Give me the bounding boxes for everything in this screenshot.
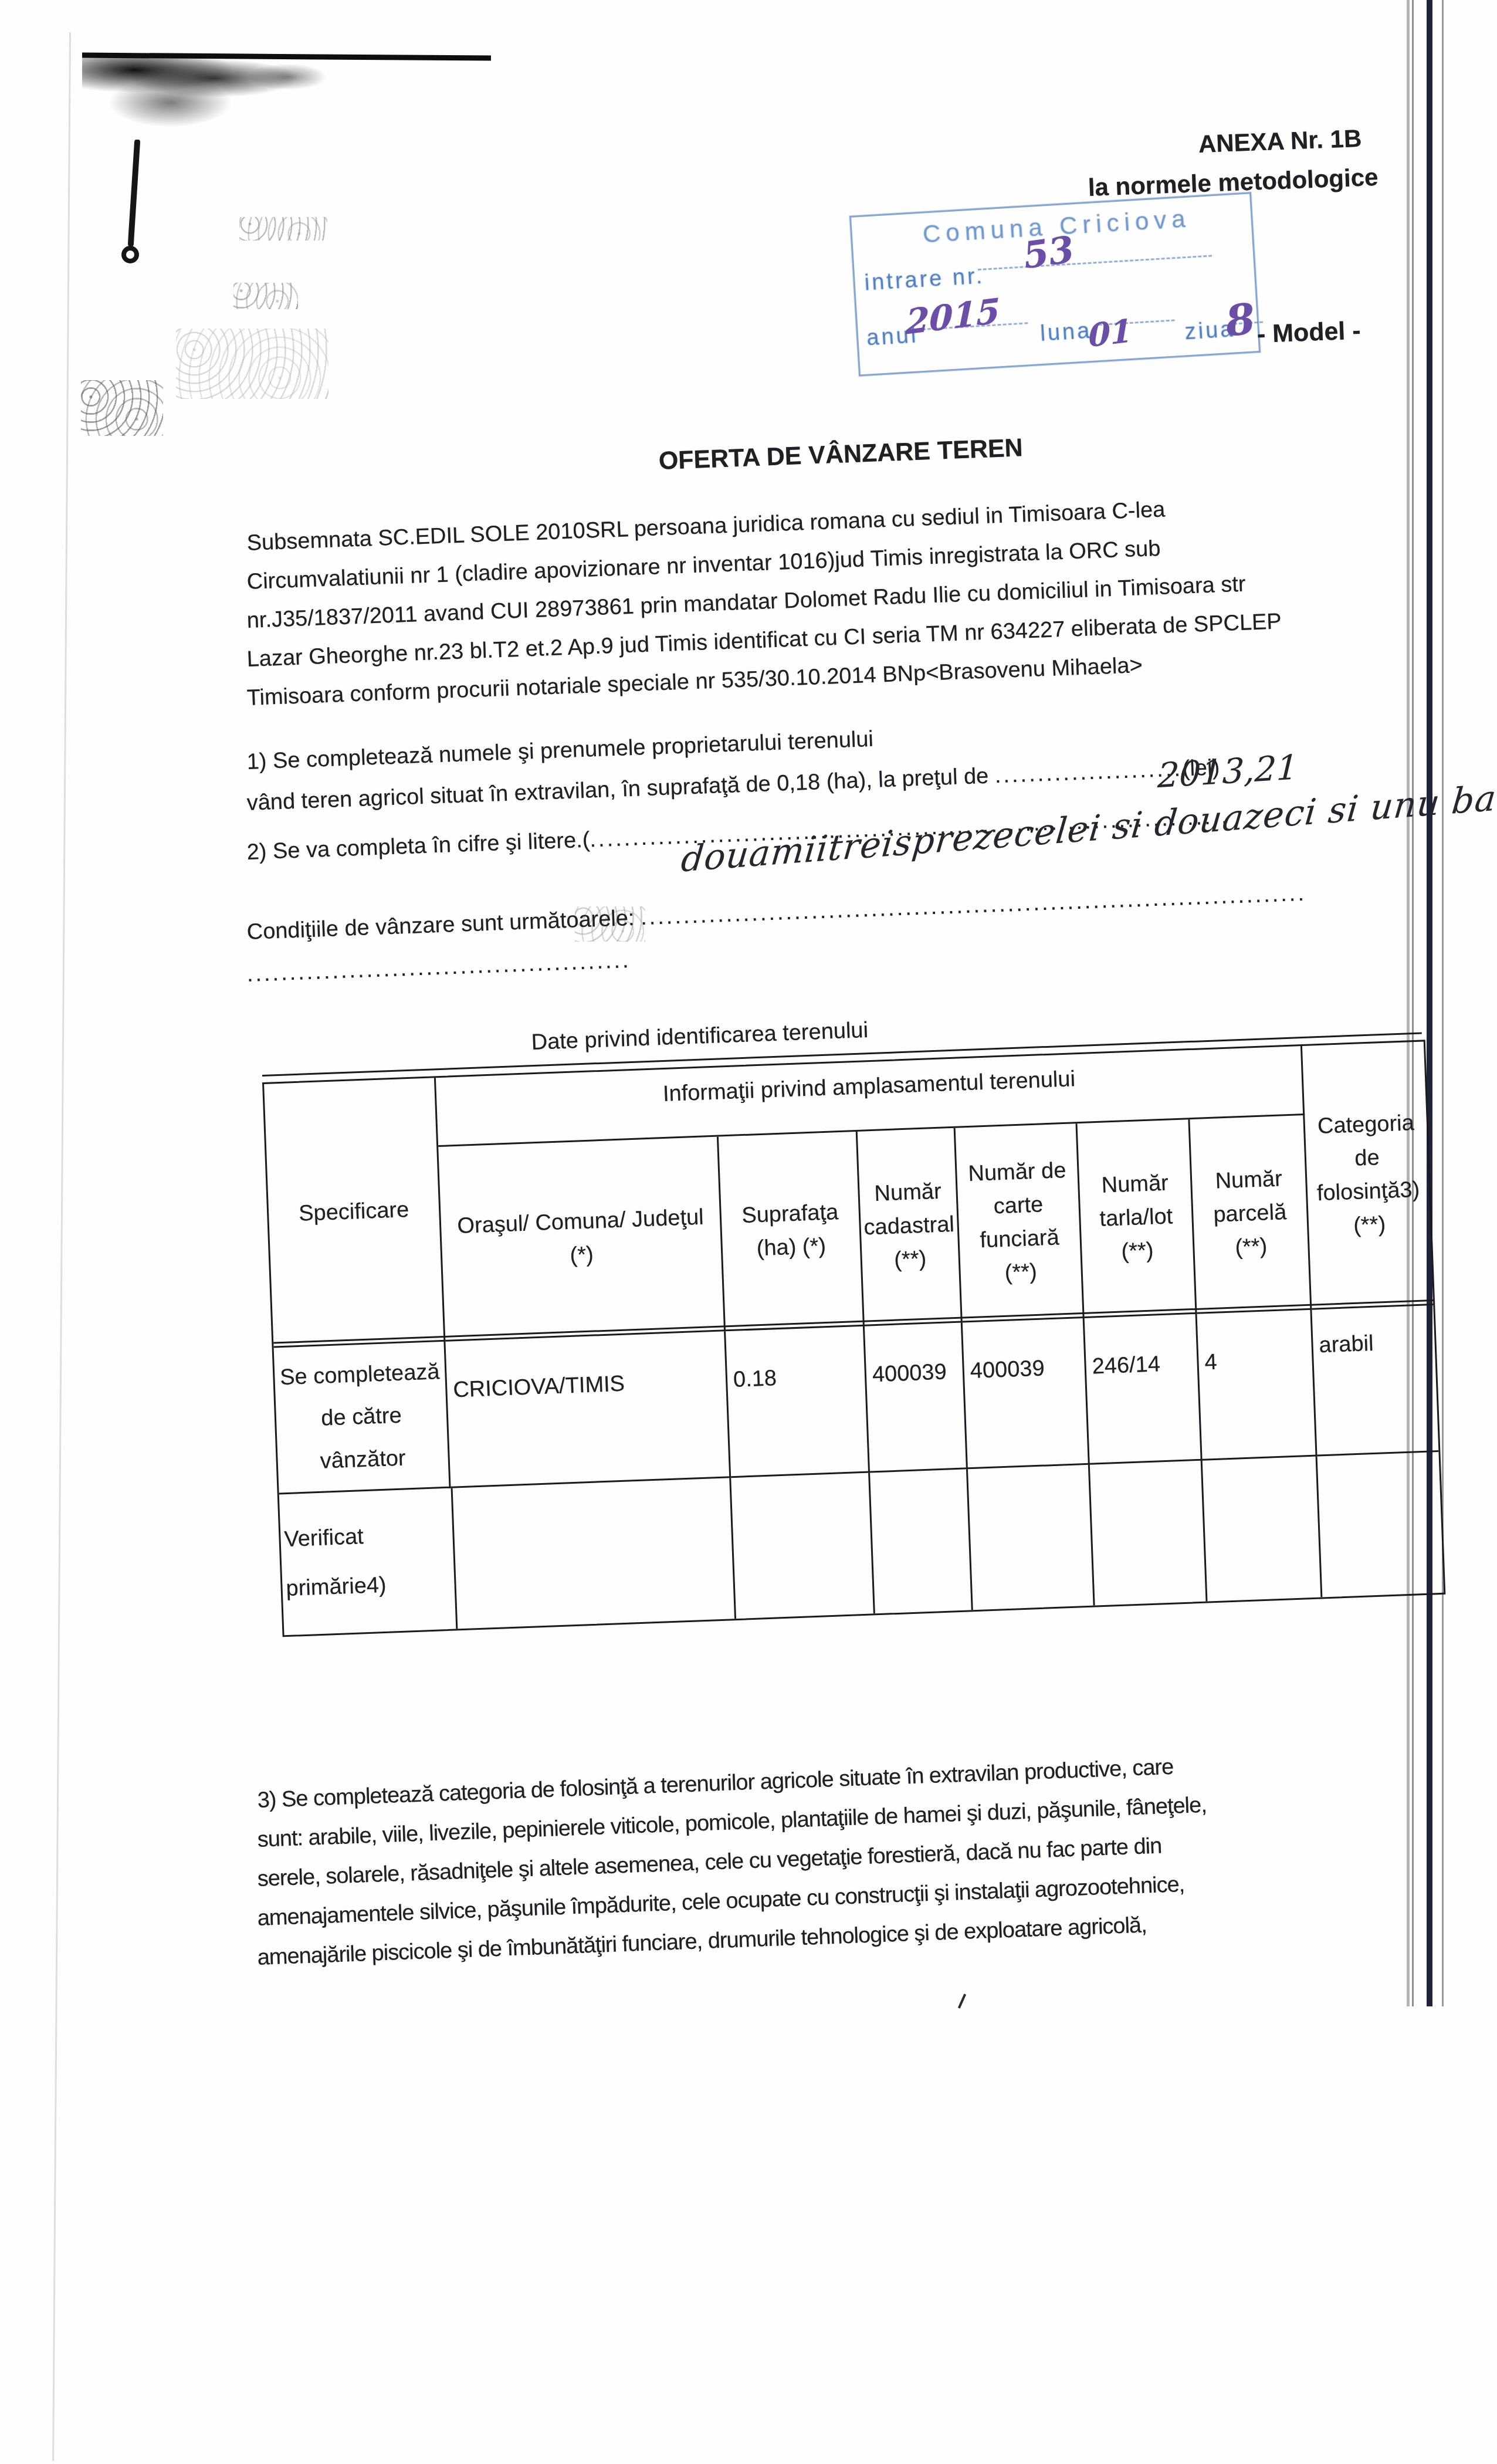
table-caption: Date privind identificarea terenului <box>531 1018 869 1055</box>
page-edge-line <box>1442 0 1444 2006</box>
table-cell-empty <box>451 1478 736 1629</box>
table-cell-empty <box>968 1465 1095 1610</box>
sale-dotted-line: ...................... <box>994 757 1183 788</box>
table-row-label: Verificat primărie4) <box>279 1488 458 1636</box>
table-cell-parcel: 4 <box>1197 1310 1318 1461</box>
table-cell-usage: arabil <box>1312 1305 1438 1456</box>
table-cell-empty <box>1203 1457 1323 1602</box>
table-cell-empty <box>1318 1452 1444 1597</box>
stray-pen-tick <box>958 1993 966 2008</box>
table-cell-locality: CRICIOVA/TIMIS <box>445 1331 731 1488</box>
note2-label: 2) Se va completa în cifre şi litere.( <box>246 828 590 865</box>
table-cell-cadastral: 400039 <box>865 1323 968 1473</box>
sale-line-text: vând teren agricol situat în extravilan,… <box>246 763 995 815</box>
note1-line: 1) Se completează numele şi prenumele pr… <box>246 727 874 775</box>
pen-stroke-mark <box>119 140 148 269</box>
table-header-cell: Număr cadastral (**) <box>858 1128 963 1326</box>
table-cell-empty <box>731 1473 875 1619</box>
stamp-entry-label: intrare nr. <box>864 264 985 296</box>
table-row-label: Se completează de către vânzător <box>274 1342 451 1495</box>
scanned-document-page: ANEXA Nr. 1B la normele metodologice Com… <box>0 0 1497 2464</box>
table-header-cell: Număr tarla/lot (**) <box>1078 1119 1197 1318</box>
page-edge-line <box>1407 0 1410 2006</box>
scan-noise <box>239 217 327 241</box>
document-title: OFERTA DE VÂNZARE TEREN <box>658 434 1024 476</box>
stamp-month-handwritten: 01 <box>1088 312 1133 355</box>
model-label: - Model - <box>1256 317 1361 349</box>
table-cell-tarla: 246/14 <box>1085 1314 1203 1465</box>
stamp-day-handwritten: 8 <box>1223 293 1258 346</box>
table-header-cell: Oraşul/ Comuna/ Judeţul (*) <box>438 1137 726 1342</box>
page-edge-line <box>1427 0 1432 2006</box>
conditions-dotted-line: ........................................… <box>640 881 1306 930</box>
conditions-line: Condiţiile de vânzare sunt următoarele: … <box>246 881 1307 945</box>
scan-noise <box>233 283 298 309</box>
price-handwritten: 2013,21 <box>1157 747 1299 796</box>
table-header-cell: Suprafaţa (ha) (*) <box>719 1132 865 1331</box>
conditions-dotted-line-2: ........................................… <box>246 948 631 987</box>
page-edge-line <box>1412 0 1414 2006</box>
table-cell-land-book: 400039 <box>963 1318 1090 1469</box>
table-cell-empty <box>870 1469 973 1613</box>
anexa-title: ANEXA Nr. 1B <box>1198 124 1362 158</box>
table-header-specificare: Specificare <box>264 1078 445 1348</box>
table-header-cell: Număr parcelă (**) <box>1190 1115 1312 1314</box>
registry-stamp: Comuna Criciova intrare nr. anul luna zi… <box>849 192 1261 376</box>
table-cell-empty <box>1090 1461 1208 1606</box>
land-identification-table: Specificare Informaţii privind amplasame… <box>262 1040 1445 1637</box>
scan-noise <box>81 380 163 436</box>
scan-smudge-blob <box>82 57 375 127</box>
table-header-cell: Număr de carte funciară (**) <box>956 1123 1085 1322</box>
table-cell-area: 0.18 <box>726 1326 870 1478</box>
stamp-month-label: luna <box>1039 319 1092 347</box>
scan-noise <box>176 329 328 399</box>
stamp-entry-line <box>978 255 1212 270</box>
table-header-categoria: Categoria de folosinţă3) (**) <box>1302 1041 1433 1309</box>
stamp-entry-number-handwritten: 53 <box>1021 228 1077 277</box>
page-edge-left <box>52 32 71 2461</box>
